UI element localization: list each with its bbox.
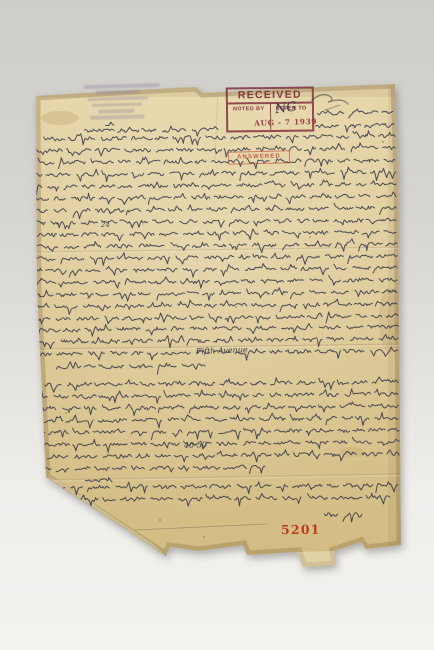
letterhead-stamp xyxy=(81,83,166,123)
letterhead-stamp-line xyxy=(88,96,148,101)
letterhead-stamp-line xyxy=(92,102,142,107)
date-stamp: AUG - 7 1939 xyxy=(254,117,317,128)
page-number: 5201 xyxy=(281,522,321,537)
handwriting-fragment: 40-50 xyxy=(183,440,207,450)
handwriting-fragment: 24 xyxy=(100,221,110,229)
paper-highlight xyxy=(36,84,401,567)
pencil-scribble xyxy=(310,92,350,116)
received-stamp-title: RECEIVED xyxy=(228,88,312,104)
answered-stamp: ANSWERED xyxy=(228,150,290,165)
letterhead-stamp-line xyxy=(83,83,159,89)
photo-background: Fifth Avenue2440-50 RECEIVED NOTED BY RE… xyxy=(0,0,434,650)
handwriting-fragment: Fifth Avenue xyxy=(195,345,248,356)
letterhead-stamp-line xyxy=(90,115,144,120)
letterhead-stamp-line xyxy=(96,90,140,95)
letter-paper: Fifth Avenue2440-50 xyxy=(0,0,434,650)
noted-by-label: NOTED BY xyxy=(233,106,265,112)
received-stamp: RECEIVED NOTED BY REFER TO AUG - 7 1939 … xyxy=(226,86,315,132)
refer-to-value-handwritten: NG xyxy=(274,99,298,117)
letterhead-stamp-line xyxy=(98,109,134,114)
